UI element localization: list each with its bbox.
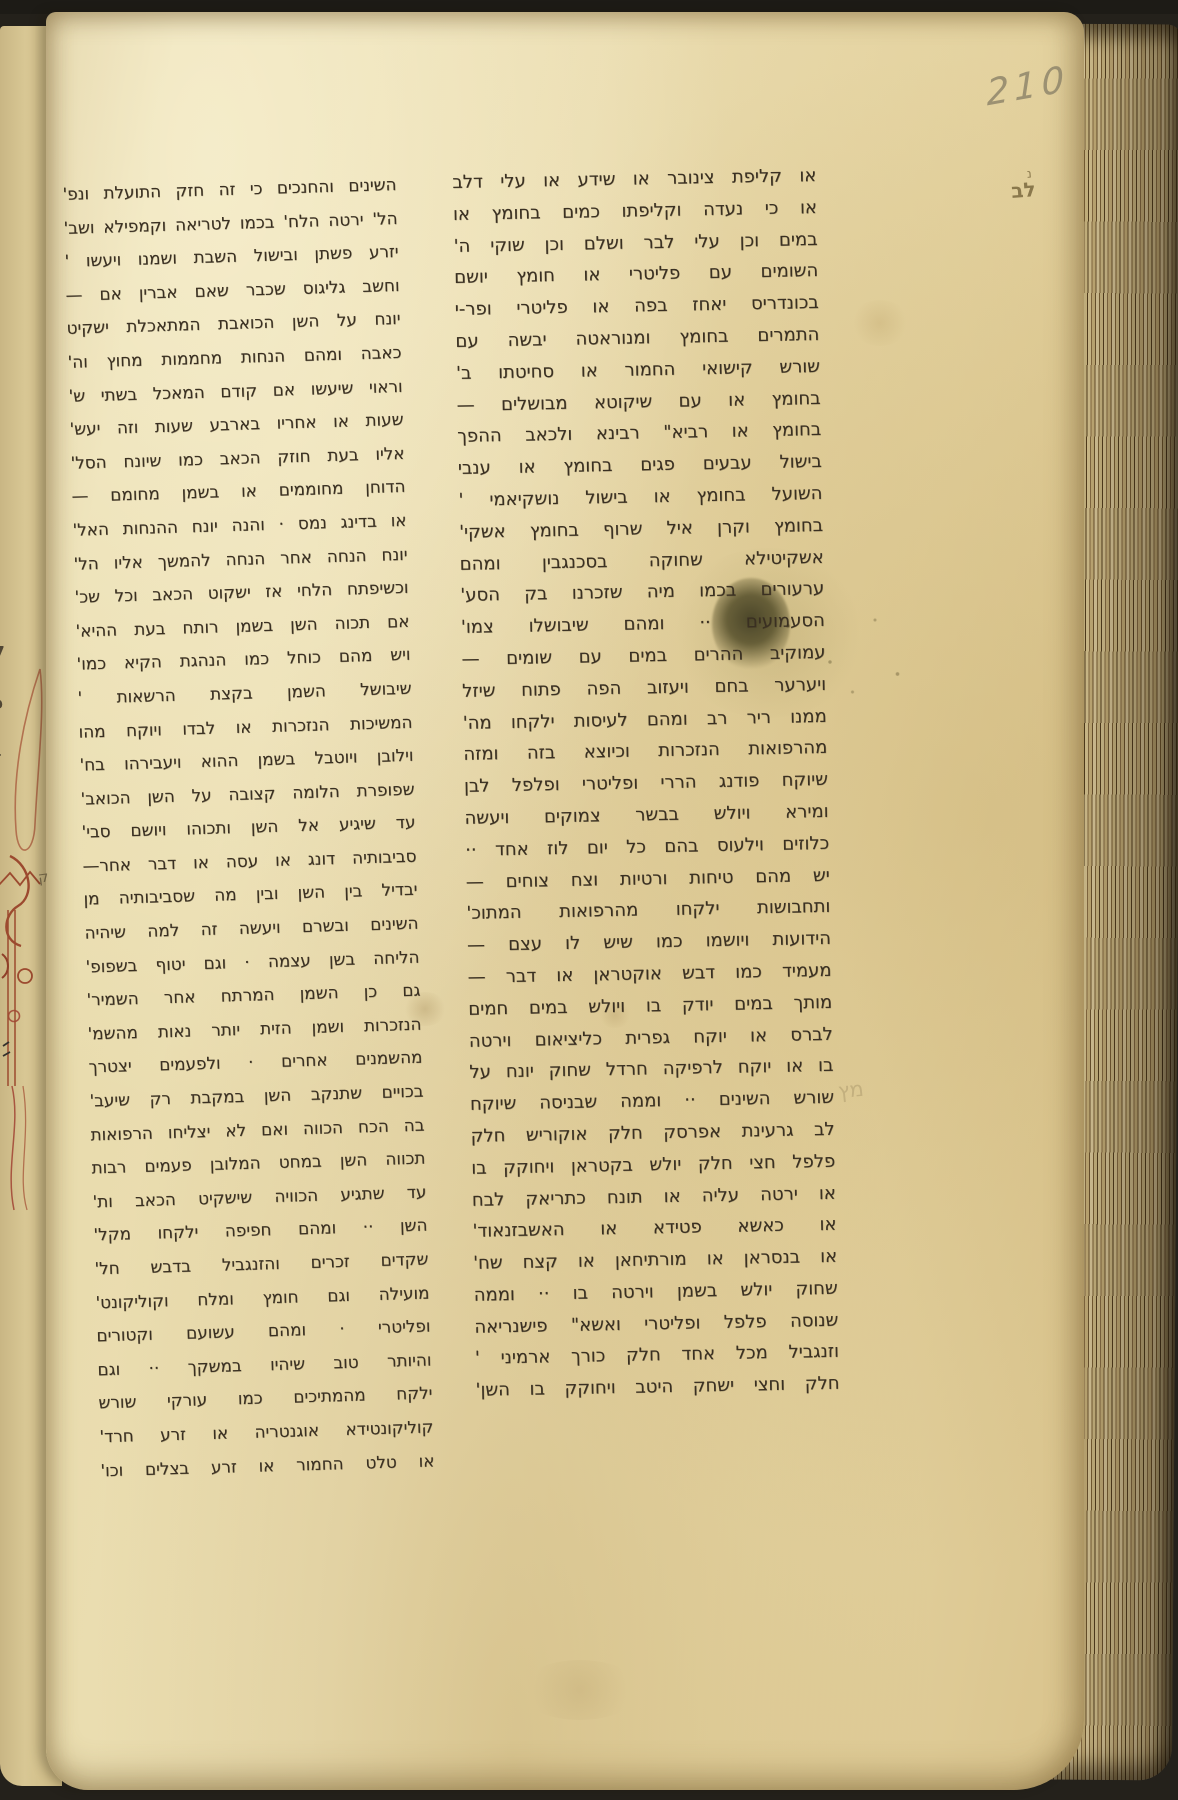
manuscript-photo: ל פ ז או קליפת צינובר או שידע או עלי דלב…	[0, 0, 1178, 1800]
text-column-left: השינים והחנכים כי זה חזק התועלת ונפ'הל' …	[62, 168, 435, 1507]
text-line: חלק וחצי ישחק היטב ויחוקק בו השן'	[475, 1368, 840, 1407]
text-column-right: או קליפת צינובר או שידע או עלי דלבאו כי …	[452, 160, 840, 1417]
left-margin-mark: ק	[37, 867, 50, 886]
faded-margin-note: מץ	[837, 1077, 865, 1104]
quire-mark-lower: לב	[1000, 178, 1047, 201]
quire-mark: נ לב	[999, 166, 1047, 201]
